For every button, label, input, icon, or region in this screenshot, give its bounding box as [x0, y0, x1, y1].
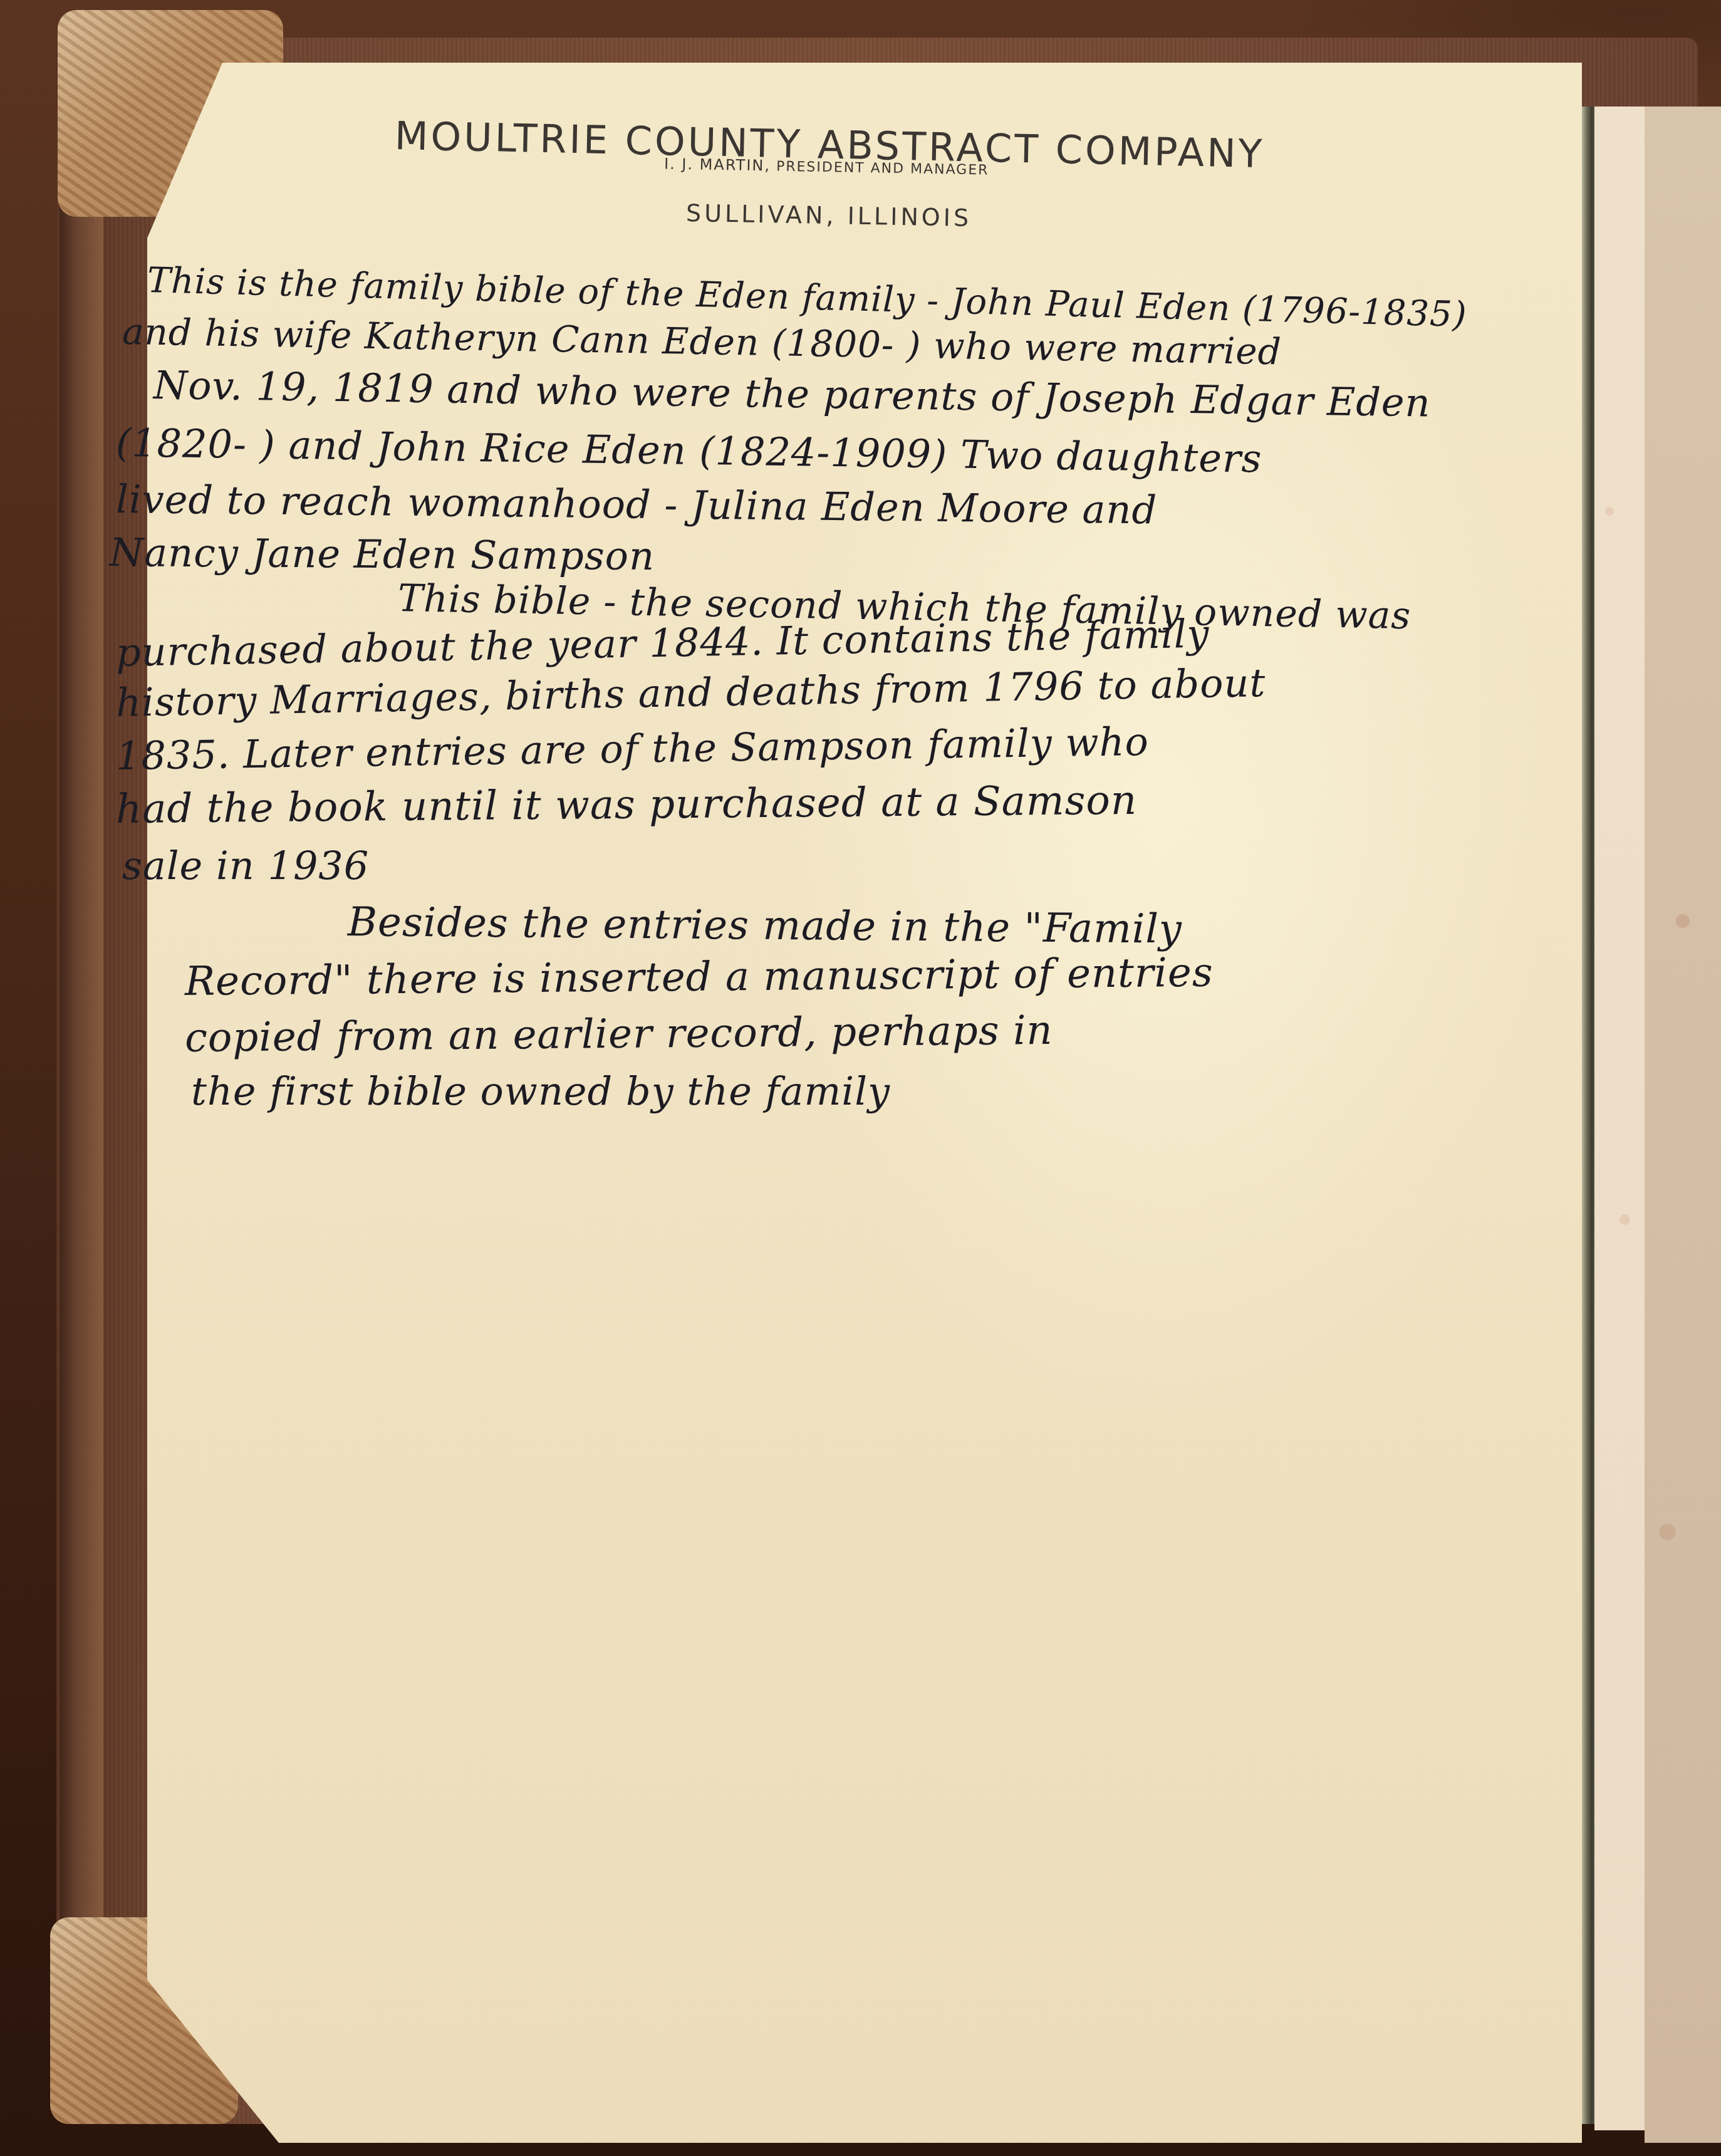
book-gutter	[1582, 107, 1594, 2124]
note-line-16: the first bible owned by the family	[191, 1068, 890, 1114]
note-line-12: sale in 1936	[122, 843, 369, 888]
company-city: SULLIVAN, ILLINOIS	[686, 199, 972, 232]
note-line-6: Nancy Jane Eden Sampson	[110, 529, 655, 579]
cover-left-edge	[60, 188, 103, 1942]
endpaper	[1645, 107, 1721, 2143]
note-line-11: had the book until it was purchased at a…	[116, 778, 1138, 833]
note-line-13: Besides the entries made in the "Family	[348, 899, 1183, 953]
note-line-15: copied from an earlier record, perhaps i…	[185, 1008, 1053, 1061]
endpaper-hinge	[1594, 107, 1645, 2130]
officer-name: I. J. MARTIN,	[664, 155, 771, 174]
note-line-14: Record" there is inserted a manuscript o…	[185, 950, 1214, 1005]
